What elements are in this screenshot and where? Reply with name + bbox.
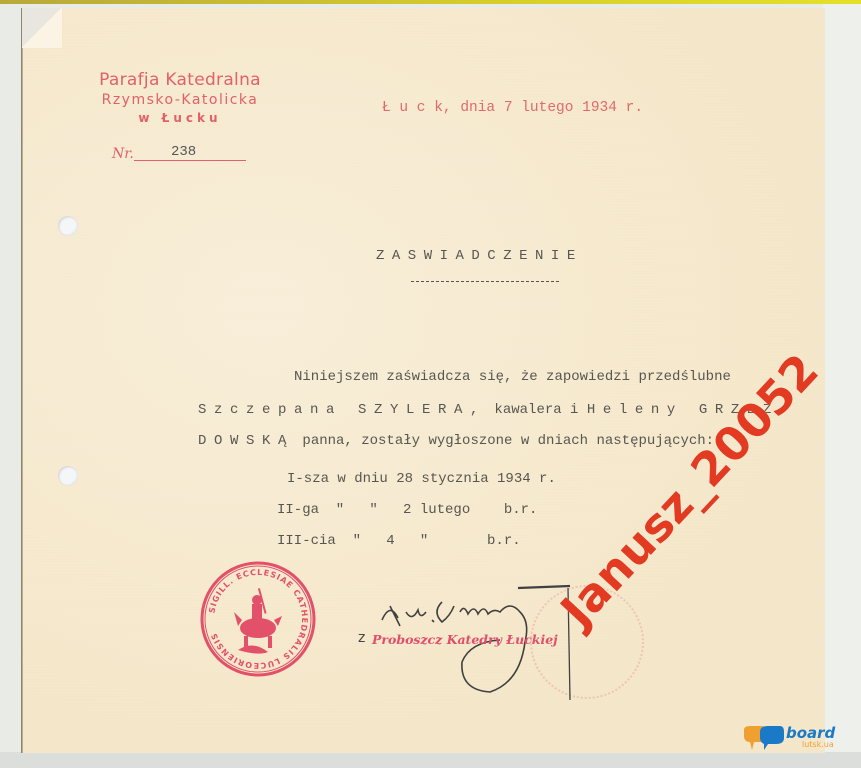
stamp-line-1: Parafja Katedralna (80, 70, 280, 90)
place-date: Ł u c k, dnia 7 lutego 1934 r. (382, 100, 643, 116)
announcement-date-2: II-ga " " 2 lutego b.r. (277, 502, 537, 518)
punch-hole-top (58, 216, 78, 236)
cathedral-seal-icon: SIGILL. ECCLESIAE CATHEDRALIS LUCEORIENS… (198, 560, 318, 678)
body-line-1: Niniejszem zaświadcza się, że zapowiedzi… (294, 369, 731, 385)
body-text: kawalera i (486, 402, 587, 418)
top-border (0, 0, 861, 4)
parish-header-stamp: Parafja Katedralna Rzymsko-Katolicka w Ł… (80, 70, 280, 125)
body-line-2: Szczepana SZYLERA, kawalera i Heleny GRZ… (198, 402, 795, 418)
body-line-3: DOWSKĄ panna, zostały wygłoszone w dniac… (198, 433, 714, 449)
scan-background-bottom (0, 752, 861, 768)
speech-bubbles-icon (742, 724, 786, 752)
announcement-date-1: I-sza w dniu 28 stycznia 1934 r. (287, 471, 556, 487)
punch-hole-bottom (58, 466, 78, 486)
body-text: panna, zostały wygłoszone w dniach nastę… (294, 433, 714, 449)
number-value: 238 (171, 144, 196, 160)
groom-name: Szczepana SZYLERA, (198, 402, 486, 418)
stamp-line-3: w Łucku (80, 111, 280, 125)
number-underline (134, 160, 246, 161)
signature-prefix: z (358, 630, 365, 646)
announcement-date-3: III-cia " 4 " b.r. (277, 533, 521, 549)
bride-surname-cont: DOWSKĄ (198, 433, 294, 449)
signature-stamp: Proboszcz Katedry Łuckiej (372, 632, 558, 647)
number-label: Nr. (112, 146, 134, 162)
document-title: ZASWIADCZENIE (376, 248, 583, 264)
stamp-line-2: Rzymsko-Katolicka (80, 92, 280, 108)
folded-corner (22, 8, 62, 48)
board-logo: board lutsk.ua (742, 724, 842, 752)
title-underline (411, 281, 559, 282)
scan-background-right (823, 4, 861, 768)
logo-site-text: lutsk.ua (802, 740, 834, 749)
